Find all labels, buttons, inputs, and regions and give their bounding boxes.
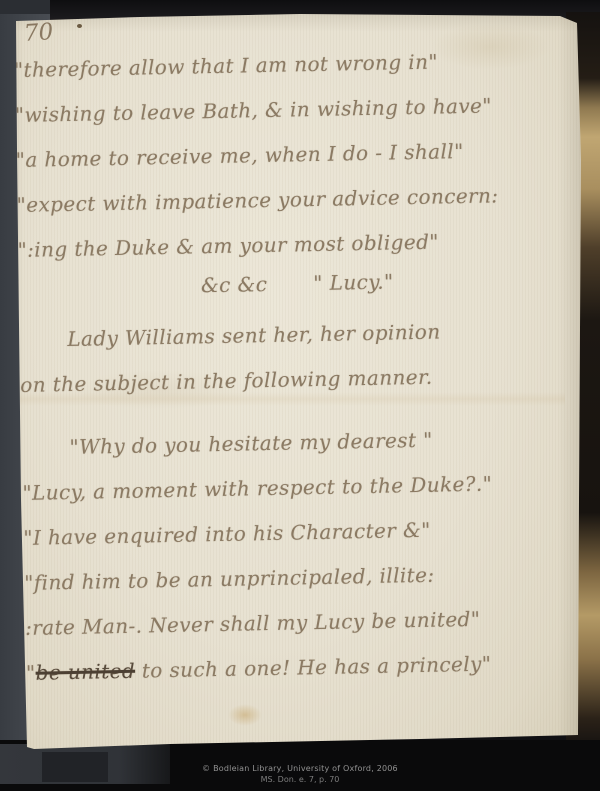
manuscript-page: 70 "therefore allow that I am not wrong … <box>0 0 600 791</box>
footer-shelfmark: MS. Don. e. 7, p. 70 <box>0 775 600 784</box>
image-caption: © Bodleian Library, University of Oxford… <box>0 764 600 784</box>
footer-copyright: © Bodleian Library, University of Oxford… <box>0 764 600 773</box>
manuscript-scan: 70 "therefore allow that I am not wrong … <box>0 0 600 791</box>
paper-edge-shading <box>0 0 600 791</box>
